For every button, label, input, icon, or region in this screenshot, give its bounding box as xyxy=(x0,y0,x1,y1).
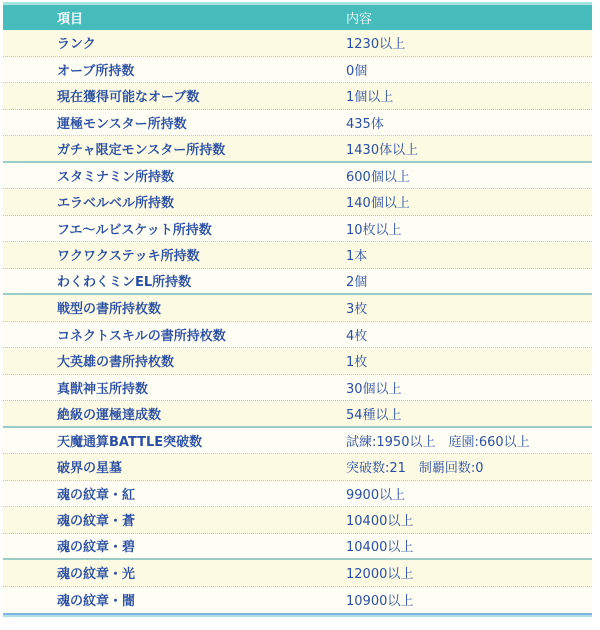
table-row: フエ〜ルビスケット所持数10枚以上 xyxy=(3,216,592,243)
row-value: 9900以上 xyxy=(346,484,592,503)
table-row: 戦型の書所持枚数3枚 xyxy=(3,295,592,322)
table-row: コネクトスキルの書所持枚数4枚 xyxy=(3,322,592,349)
table-row: 魂の紋章・碧10400以上 xyxy=(3,534,592,561)
row-value: 1個以上 xyxy=(346,86,592,105)
row-label: エラベルベル所持数 xyxy=(3,192,346,211)
row-label: スタミナミン所持数 xyxy=(3,166,346,185)
row-label: 魂の紋章・闇 xyxy=(3,590,346,609)
row-label: フエ〜ルビスケット所持数 xyxy=(3,219,346,238)
row-value: 435体 xyxy=(346,113,592,132)
table-row: 大英雄の書所持枚数1枚 xyxy=(3,348,592,375)
row-value: 0個 xyxy=(346,60,592,79)
row-label: 大英雄の書所持枚数 xyxy=(3,351,346,370)
table-bottom-border xyxy=(3,613,592,617)
table-row: ランク1230以上 xyxy=(3,30,592,57)
table-row: 現在獲得可能なオーブ数1個以上 xyxy=(3,83,592,110)
row-label: オーブ所持数 xyxy=(3,60,346,79)
row-value: 2個 xyxy=(346,271,592,290)
column-header-content: 内容 xyxy=(346,8,592,27)
table-row: エラベルベル所持数140個以上 xyxy=(3,189,592,216)
row-value: 140個以上 xyxy=(346,192,592,211)
table-row: 魂の紋章・光12000以上 xyxy=(3,560,592,587)
row-label: ランク xyxy=(3,33,346,52)
table-row: ワクワクステッキ所持数1本 xyxy=(3,242,592,269)
table-header-row: 項目 内容 xyxy=(3,2,592,30)
row-value: 突破数:21 制覇回数:0 xyxy=(346,457,592,476)
row-value: 1230以上 xyxy=(346,33,592,52)
row-label: 戦型の書所持枚数 xyxy=(3,298,346,317)
row-value: 30個以上 xyxy=(346,378,592,397)
row-label: 真獣神玉所持数 xyxy=(3,378,346,397)
row-label: 現在獲得可能なオーブ数 xyxy=(3,86,346,105)
row-value: 10枚以上 xyxy=(346,219,592,238)
table-row: 魂の紋章・紅9900以上 xyxy=(3,481,592,508)
row-label: わくわくミンEL所持数 xyxy=(3,271,346,290)
row-value: 10400以上 xyxy=(346,536,592,555)
bottom-border-inner-line xyxy=(3,615,592,617)
row-label: 魂の紋章・光 xyxy=(3,563,346,582)
row-label: 天魔通算BATTLE突破数 xyxy=(3,431,346,450)
table-row: 運極モンスター所持数435体 xyxy=(3,110,592,137)
table-row: 魂の紋章・蒼10400以上 xyxy=(3,507,592,534)
table-row: 絶級の運極達成数54種以上 xyxy=(3,401,592,428)
row-label: コネクトスキルの書所持枚数 xyxy=(3,325,346,344)
row-value: 1本 xyxy=(346,245,592,264)
row-label: 絶級の運極達成数 xyxy=(3,404,346,423)
row-label: ガチャ限定モンスター所持数 xyxy=(3,139,346,158)
table-body: ランク1230以上オーブ所持数0個現在獲得可能なオーブ数1個以上運極モンスター所… xyxy=(3,30,592,613)
row-value: 10900以上 xyxy=(346,590,592,609)
row-value: 3枚 xyxy=(346,298,592,317)
table-row: スタミナミン所持数600個以上 xyxy=(3,163,592,190)
table-row: オーブ所持数0個 xyxy=(3,57,592,84)
row-label: 魂の紋章・碧 xyxy=(3,536,346,555)
account-spec-table: 項目 内容 ランク1230以上オーブ所持数0個現在獲得可能なオーブ数1個以上運極… xyxy=(3,2,592,617)
row-label: 運極モンスター所持数 xyxy=(3,113,346,132)
table-row: わくわくミンEL所持数2個 xyxy=(3,269,592,296)
table-row: 天魔通算BATTLE突破数試練:1950以上 庭園:660以上 xyxy=(3,428,592,455)
table-row: 魂の紋章・闇10900以上 xyxy=(3,587,592,614)
row-value: 10400以上 xyxy=(346,510,592,529)
column-header-item: 項目 xyxy=(3,8,346,27)
row-value: 1430体以上 xyxy=(346,139,592,158)
row-value: 600個以上 xyxy=(346,166,592,185)
row-value: 試練:1950以上 庭園:660以上 xyxy=(346,431,592,450)
row-value: 4枚 xyxy=(346,325,592,344)
row-label: 魂の紋章・蒼 xyxy=(3,510,346,529)
row-label: ワクワクステッキ所持数 xyxy=(3,245,346,264)
row-value: 1枚 xyxy=(346,351,592,370)
row-value: 54種以上 xyxy=(346,404,592,423)
row-value: 12000以上 xyxy=(346,563,592,582)
table-row: 真獣神玉所持数30個以上 xyxy=(3,375,592,402)
row-label: 破界の星墓 xyxy=(3,457,346,476)
row-label: 魂の紋章・紅 xyxy=(3,484,346,503)
table-row: ガチャ限定モンスター所持数1430体以上 xyxy=(3,136,592,163)
table-row: 破界の星墓突破数:21 制覇回数:0 xyxy=(3,454,592,481)
